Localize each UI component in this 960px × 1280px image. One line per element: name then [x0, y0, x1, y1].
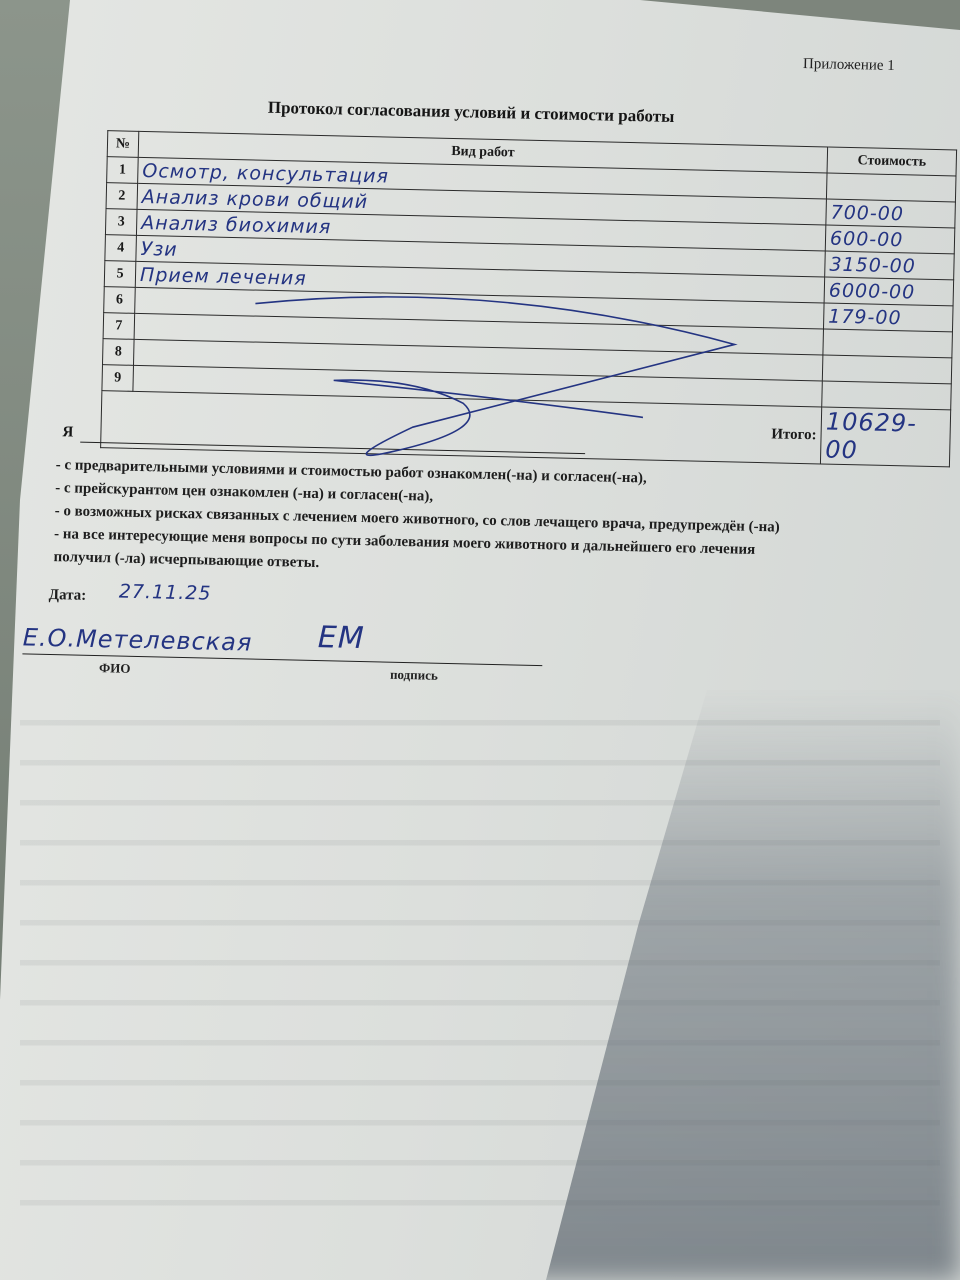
row-number: 9	[102, 365, 134, 392]
fio-label: ФИО	[99, 660, 131, 677]
header-number: №	[107, 131, 139, 158]
row-number: 7	[103, 313, 135, 340]
document-title: Протокол согласования условий и стоимост…	[268, 98, 675, 127]
row-number: 5	[104, 261, 136, 288]
header-cost: Стоимость	[827, 147, 957, 176]
signature-label: подпись	[390, 667, 438, 684]
date-value: 27.11.25	[119, 581, 212, 605]
row-number: 1	[107, 157, 139, 184]
fio-value: Е.О.Метелевская	[22, 623, 252, 656]
row-cost: 3150-00	[825, 251, 955, 280]
row-number: 3	[105, 209, 137, 236]
row-cost: 179-00	[823, 303, 953, 332]
row-cost	[822, 381, 952, 410]
row-cost: 700-00	[826, 199, 956, 228]
row-cost: 6000-00	[824, 277, 954, 306]
date-label: Дата:	[49, 587, 87, 605]
row-number: 2	[106, 183, 138, 210]
row-number: 6	[104, 287, 136, 314]
document: Приложение 1 Протокол согласования услов…	[0, 0, 960, 739]
consent-clauses: - с предварительными условиями и стоимос…	[53, 454, 945, 589]
works-table: № Вид работ Стоимость 1Осмотр, консульта…	[100, 130, 957, 467]
row-cost	[823, 329, 953, 358]
ya-label: Я	[62, 424, 73, 441]
total-value: 10629-00	[820, 407, 950, 467]
row-number: 8	[102, 339, 134, 366]
signature: ЕМ	[317, 620, 365, 656]
appendix-label: Приложение 1	[803, 56, 895, 75]
row-cost	[826, 173, 956, 202]
row-cost: 600-00	[825, 225, 955, 254]
row-number: 4	[105, 235, 137, 262]
row-cost	[822, 355, 952, 384]
